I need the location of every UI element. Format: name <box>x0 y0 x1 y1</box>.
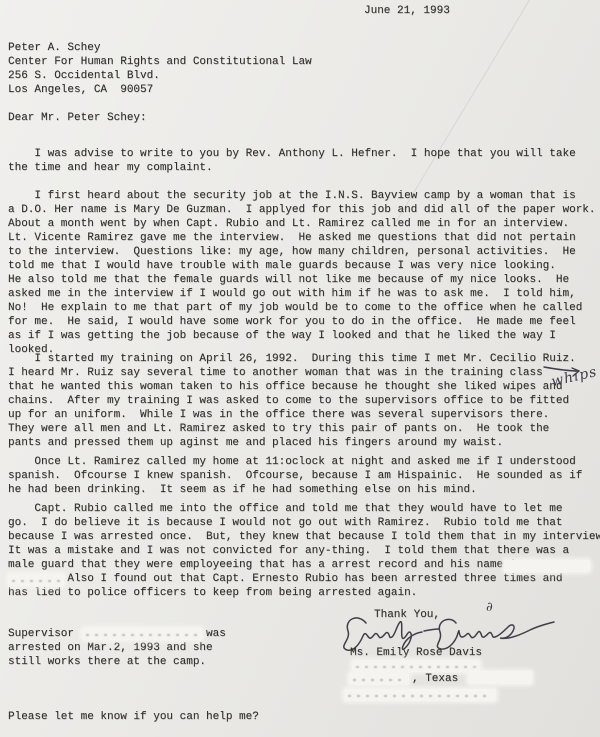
signer-typed-name: Ms. Emily Rose Davis <box>350 646 482 660</box>
redaction-signer-city <box>349 673 409 685</box>
redaction-signer-phone <box>344 689 496 701</box>
paragraph-phone-call: Once Lt. Ramirez called my home at 11:oc… <box>8 455 582 497</box>
recipient-address: Peter A. Schey Center For Human Rights a… <box>8 41 312 97</box>
recipient-street: 256 S. Occidental Blvd. <box>8 70 160 82</box>
salutation: Dear Mr. Peter Schey: <box>8 111 147 125</box>
paragraph-interview: I first heard about the security job at … <box>8 189 596 357</box>
recipient-name: Peter A. Schey <box>8 42 100 54</box>
signature-name-text: Emily Davis <box>0 0 1 1</box>
redaction-supervisor-name <box>82 628 202 640</box>
redaction-signer-street <box>352 660 480 672</box>
letter-page: June 21, 1993 Peter A. Schey Center For … <box>0 0 600 737</box>
paragraph-training: I started my training on April 26, 1992.… <box>8 352 576 450</box>
redaction-line-start <box>8 574 64 586</box>
signer-state: , Texas <box>412 672 458 686</box>
recipient-org: Center For Human Rights and Constitution… <box>8 56 312 68</box>
paragraph-intro: I was advise to write to you by Rev. Ant… <box>8 147 576 175</box>
closing-question: Please let me know if you can help me? <box>8 710 259 724</box>
letter-date: June 21, 1993 <box>364 4 450 18</box>
redaction-signer-zip <box>468 671 532 684</box>
recipient-city: Los Angeles, CA 90057 <box>8 84 153 96</box>
paragraph-dismissal: Capt. Rubio called me into the office an… <box>8 502 600 600</box>
redaction-guard-name <box>504 560 590 572</box>
